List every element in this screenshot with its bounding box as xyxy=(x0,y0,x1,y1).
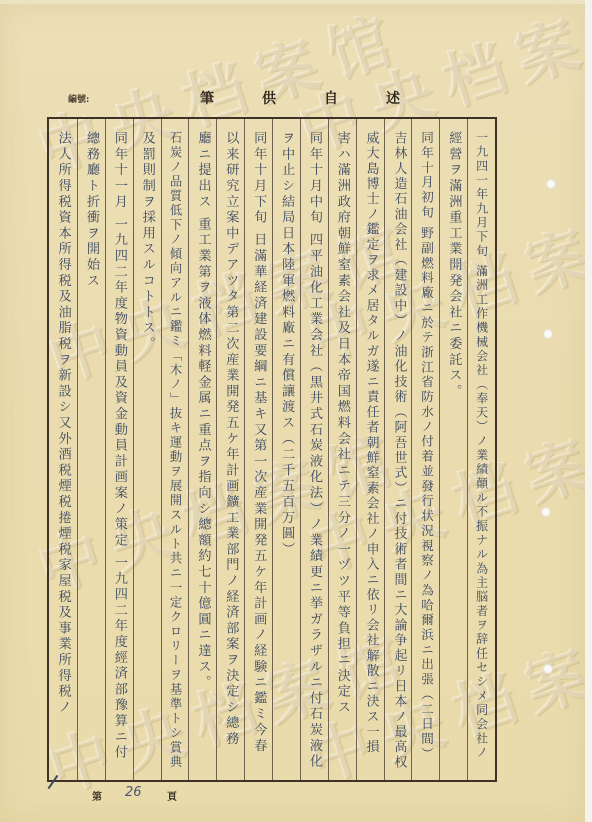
text-column: 廳ニ提出ス 重工業第ヲ液体燃料軽金属ニ重点ヲ指向シ總額約七十億圓ニ達ス。 xyxy=(188,119,216,780)
text-column: 以来研究立案中デアツタ第二次産業開発五ケ年計画鑛工業部門ノ経済部案ヲ決定シ總務 xyxy=(216,119,244,780)
column-text: 同年十一月 一九四二年度物資動員及資金動員計画案ノ策定 一九四二年度經済部豫算ニ… xyxy=(113,131,126,761)
serial-number-label: 編號: xyxy=(68,92,89,105)
text-column: 一九四一年九月下旬 滿洲工作機械会社（奉天）ノ業績顛ル不振ナル為主脳者ヲ辞任セシ… xyxy=(467,119,495,780)
text-column: 總務廳ト折衝ヲ開始ス xyxy=(77,119,105,780)
page-prefix: 第 xyxy=(92,792,102,803)
text-column: 同年十一月 一九四二年度物資動員及資金動員計画案ノ策定 一九四二年度經済部豫算ニ… xyxy=(105,119,133,780)
page-footer: 第 26 頁 xyxy=(92,788,292,803)
text-column: 及罰則制ヲ採用スルコトトス。 xyxy=(133,119,161,780)
column-text: 同年十月初旬 野副燃料廠ニ於テ浙江省防水ノ付着並發行状況視察ノ為哈爾浜ニ出張（二… xyxy=(420,131,433,762)
punch-hole xyxy=(541,507,551,517)
title-char: 供 xyxy=(262,88,276,108)
column-text: 以来研究立案中デアツタ第二次産業開発五ケ年計画鑛工業部門ノ経済部案ヲ決定シ總務 xyxy=(224,131,237,747)
text-column: ヲ中止シ結局日本陸軍燃料廠ニ有償讓渡ス（二千五百万圓） xyxy=(272,119,300,780)
column-text: ヲ中止シ結局日本陸軍燃料廠ニ有償讓渡ス（二千五百万圓） xyxy=(280,131,293,558)
manuscript-grid: 一九四一年九月下旬 滿洲工作機械会社（奉天）ノ業績顛ル不振ナル為主脳者ヲ辞任セシ… xyxy=(47,117,497,782)
text-column: 同年十月初旬 野副燃料廠ニ於テ浙江省防水ノ付着並發行状況視察ノ為哈爾浜ニ出張（二… xyxy=(411,119,439,780)
column-text: 同年十月中旬 四平油化工業会社（黒井式石炭液化法）ノ業績更ニ挙ガラザルニ付石炭液… xyxy=(308,131,321,770)
column-text: 害ハ滿洲政府朝鮮窒素会社及日本帝国燃料会社ニテ三分ノ一ヅツ平等負担ニ決定ス xyxy=(336,131,349,716)
column-text: 同年十月下旬 日滿華経済建設要綱ニ基キ又第一次産業開発五ケ年計画ノ経験ニ鑑ミ今春 xyxy=(252,131,265,754)
page-number: 26 xyxy=(125,785,142,800)
document-page: 中央档案馆 中央档案馆 中央档案馆 中央档案馆 中央档案馆 中央档案馆 中央档案… xyxy=(0,4,587,822)
column-text: 石炭ノ品質低下ノ傾向アルニ鑑ミ「木ノ」抜キ運動ヲ展開スルト共ニ一定クロリーヲ基準… xyxy=(169,131,181,770)
document-title: 筆 供 自 述 xyxy=(200,88,400,108)
text-column: 經營ヲ滿洲重工業開発会社ニ委託ス。 xyxy=(439,119,467,780)
column-text: 總務廳ト折衝ヲ開始ス xyxy=(85,131,98,289)
text-column: 法人所得税資本所得税及油脂税ヲ新設シ又外酒税煙税捲煙税家屋税及事業所得税ノ xyxy=(49,119,77,780)
title-char: 筆 xyxy=(200,88,214,108)
title-char: 述 xyxy=(386,88,400,108)
punch-hole xyxy=(543,664,553,674)
column-text: 一九四一年九月下旬 滿洲工作機械会社（奉天）ノ業績顛ル不振ナル為主脳者ヲ辞任セシ… xyxy=(476,131,488,760)
text-column: 威大島博士ノ鑑定ヲ求メ居タルガ遂ニ責任者朝鮮窒素会社ノ申入ニ依リ会社解散ニ決ス一… xyxy=(356,119,384,780)
punch-hole xyxy=(543,329,553,339)
page-suffix: 頁 xyxy=(167,788,177,803)
column-text: 廳ニ提出ス 重工業第ヲ液体燃料軽金属ニ重点ヲ指向シ總額約七十億圓ニ達ス。 xyxy=(196,131,209,691)
punch-hole xyxy=(546,179,556,189)
column-text: 威大島博士ノ鑑定ヲ求メ居タルガ遂ニ責任者朝鮮窒素会社ノ申入ニ依リ会社解散ニ決ス一… xyxy=(364,131,377,755)
text-column: 同年十月下旬 日滿華経済建設要綱ニ基キ又第一次産業開発五ケ年計画ノ経験ニ鑑ミ今春 xyxy=(244,119,272,780)
column-text: 及罰則制ヲ採用スルコトトス。 xyxy=(140,131,153,352)
column-text: 吉林人造石油会社（建設中）ノ油化技術（阿吾世式）ニ付技術者間ニ大論争起リ日本ノ最… xyxy=(391,131,404,770)
column-text: 經營ヲ滿洲重工業開発会社ニ委託ス。 xyxy=(447,131,460,400)
text-column: 害ハ滿洲政府朝鮮窒素会社及日本帝国燃料会社ニテ三分ノ一ヅツ平等負担ニ決定ス xyxy=(328,119,356,780)
text-column: 石炭ノ品質低下ノ傾向アルニ鑑ミ「木ノ」抜キ運動ヲ展開スルト共ニ一定クロリーヲ基準… xyxy=(161,119,189,780)
column-text: 法人所得税資本所得税及油脂税ヲ新設シ又外酒税煙税捲煙税家屋税及事業所得税ノ xyxy=(56,131,69,716)
text-column: 吉林人造石油会社（建設中）ノ油化技術（阿吾世式）ニ付技術者間ニ大論争起リ日本ノ最… xyxy=(384,119,412,780)
scan-edge xyxy=(585,0,592,822)
text-column: 同年十月中旬 四平油化工業会社（黒井式石炭液化法）ノ業績更ニ挙ガラザルニ付石炭液… xyxy=(300,119,328,780)
title-char: 自 xyxy=(324,88,338,108)
